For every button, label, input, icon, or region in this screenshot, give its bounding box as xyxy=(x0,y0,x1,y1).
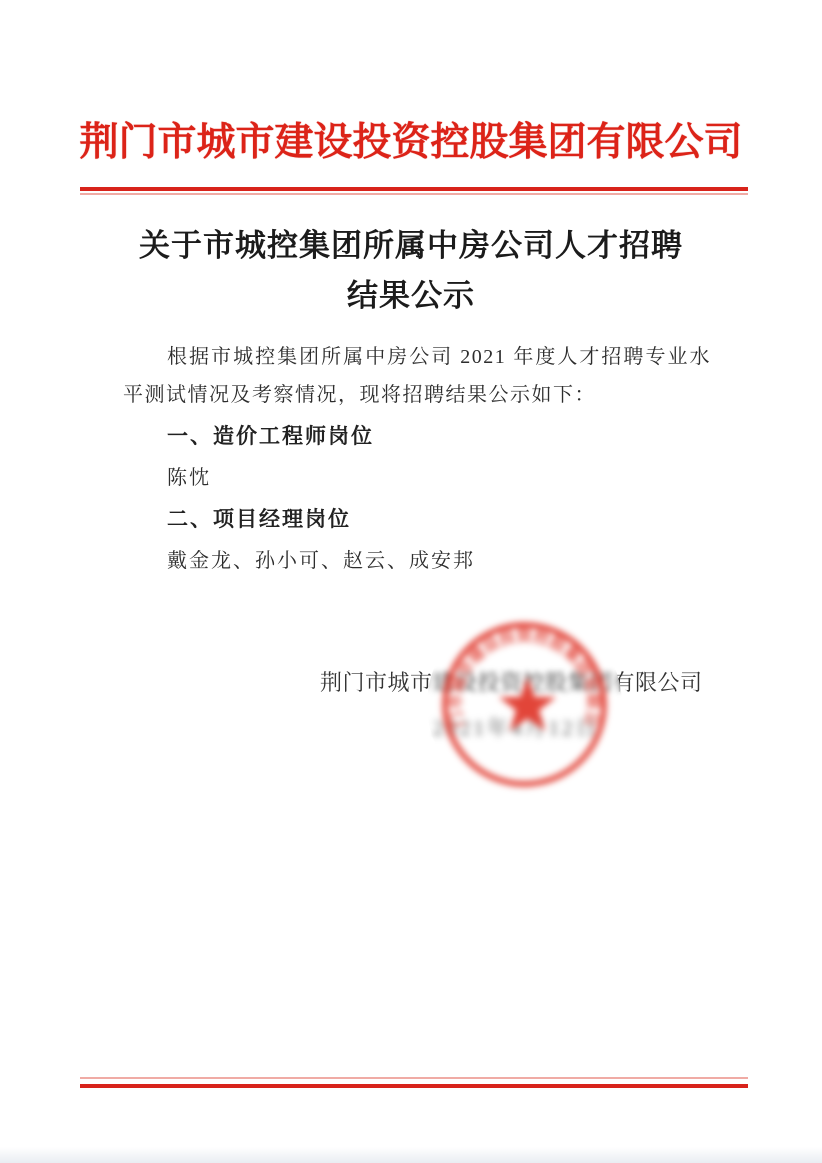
letterhead-rule-thin xyxy=(80,193,748,195)
document-title: 关于市城控集团所属中房公司人才招聘 结果公示 xyxy=(0,221,822,321)
section-1-candidates: 陈忱 xyxy=(167,461,211,490)
section-2-heading: 二、项目经理岗位 xyxy=(167,503,351,533)
document-page: 荆门市城市建设投资控股集团有限公司 关于市城控集团所属中房公司人才招聘 结果公示… xyxy=(0,0,822,1163)
footer-rule-thin xyxy=(80,1077,748,1079)
document-title-line2: 结果公示 xyxy=(0,271,822,321)
section-2-candidates: 戴金龙、孙小可、赵云、成安邦 xyxy=(167,544,475,573)
official-seal: 荆门市城市建设投资控股集团有限公司 xyxy=(433,613,616,796)
footer-rule-thick xyxy=(80,1084,748,1088)
star-icon xyxy=(499,676,556,731)
section-1-heading: 一、造价工程师岗位 xyxy=(167,420,374,450)
scan-edge-shadow xyxy=(0,1147,822,1163)
letterhead-rule-thick xyxy=(80,187,748,191)
intro-paragraph: 根据市城控集团所属中房公司 2021 年度人才招聘专业水平测试情况及考察情况，现… xyxy=(123,338,711,414)
letterhead-company-title: 荆门市城市建设投资控股集团有限公司 xyxy=(0,112,822,174)
document-title-line1: 关于市城控集团所属中房公司人才招聘 xyxy=(0,221,822,271)
